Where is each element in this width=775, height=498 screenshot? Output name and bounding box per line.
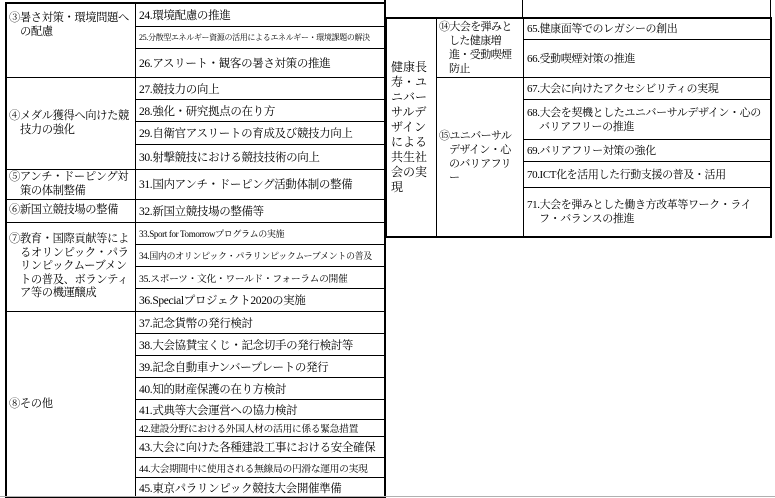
measure-item: 45.東京パラリンピック競技大会開催準備 [136, 478, 384, 497]
measure-item: 39.記念自動車ナンバープレートの発行 [136, 356, 384, 378]
category-label: ③暑さ対策・環境問題への配慮 [7, 4, 135, 40]
right-measures-table: 健康長寿・ユニバーサルデザインによる共生社会の実現 ⑭大会を弾みとした健康増進・… [385, 17, 772, 238]
measure-item: 30.射撃競技における競技技術の向上 [136, 145, 384, 169]
items-column: 37.記念貨幣の発行検討38.大会協賛宝くじ・記念切手の発行検討等39.記念自動… [136, 312, 384, 497]
measure-item: 32.新国立競技場の整備等 [136, 200, 384, 222]
measure-item-label: 30.射撃競技における競技技術の向上 [139, 149, 320, 165]
measure-item: 34.国内のオリンピック・パラリンピックムーブメントの普及 [136, 245, 384, 267]
measure-item-label: 43.大会に向けた各種建設工事における安全確保 [139, 439, 375, 455]
category-cell: ⑧その他 [7, 312, 136, 497]
category-cell: ⑮ユニバーサルデザイン・心のバリアフリー [437, 78, 524, 236]
measure-item-label: 33.Sport for Tomorrowプログラムの実施 [139, 227, 284, 240]
measures-table-page: ③暑さ対策・環境問題への配慮24.環境配慮の推進25.分散型エネルギー資源の活用… [0, 0, 775, 498]
measure-item-label: 44.大会期間中に使用される無線局の円滑な運用の実現 [139, 461, 367, 475]
measure-item-label: 40.知的財産保護の在り方検討 [139, 381, 286, 397]
measure-group: ⑤アンチ・ドーピング対策の体制整備31.国内アンチ・ドーピング活動体制の整備 [7, 170, 384, 200]
measure-item: 65.健康面等でのレガシーの創出 [524, 19, 770, 40]
left-measures-table: ③暑さ対策・環境問題への配慮24.環境配慮の推進25.分散型エネルギー資源の活用… [5, 2, 386, 498]
measure-item-label: 71.大会を弾みとした働き方改革等ワーク・ライフ・バランスの推進 [527, 198, 768, 226]
category-cell: ⑥新国立競技場の整備 [7, 200, 136, 222]
measure-item-label: 37.記念貨幣の発行検討 [139, 315, 253, 331]
measure-item: 41.式典等大会運営への協力検討 [136, 400, 384, 420]
measure-item-label: 69.バリアフリー対策の強化 [527, 144, 656, 158]
measure-item-label: 41.式典等大会運営への協力検討 [139, 402, 297, 418]
category-cell: ④メダル獲得へ向けた競技力の強化 [7, 78, 136, 169]
measure-item-label: 70.ICT化を活用した行動支援の普及・活用 [527, 168, 726, 182]
measure-item-label: 29.自衛官アスリートの育成及び競技力向上 [139, 125, 353, 141]
measure-item-label: 67.大会に向けたアクセシビリティの実現 [527, 82, 718, 96]
page-bottom-edge [0, 496, 775, 497]
measure-item: 28.強化・研究拠点の在り方 [136, 100, 384, 122]
measure-item: 71.大会を弾みとした働き方改革等ワーク・ライフ・バランスの推進 [524, 188, 770, 236]
measure-group: ④メダル獲得へ向けた競技力の強化27.競技力の向上28.強化・研究拠点の在り方2… [7, 78, 384, 170]
measure-item: 70.ICT化を活用した行動支援の普及・活用 [524, 162, 770, 188]
measure-item: 68.大会を契機としたユニバーサルデザイン・心のバリアフリーの推進 [524, 100, 770, 140]
right-groups-column: ⑭大会を弾みとした健康増進・受動喫煙防止65.健康面等でのレガシーの創出66.受… [437, 19, 770, 236]
measure-group: ③暑さ対策・環境問題への配慮24.環境配慮の推進25.分散型エネルギー資源の活用… [7, 4, 384, 78]
measure-item-label: 26.アスリート・観客の暑さ対策の推進 [139, 55, 330, 71]
cropped-cell-border [522, 0, 523, 17]
measure-item-label: 34.国内のオリンピック・パラリンピックムーブメントの普及 [139, 249, 372, 262]
measure-item: 35.スポーツ・文化・ワールド・フォーラムの開催 [136, 267, 384, 289]
items-column: 24.環境配慮の推進25.分散型エネルギー資源の活用によるエネルギー・環境課題の… [136, 4, 384, 77]
measure-item-label: 25.分散型エネルギー資源の活用によるエネルギー・環境課題の解決 [139, 32, 370, 43]
measure-item: 43.大会に向けた各種建設工事における安全確保 [136, 437, 384, 458]
measure-item: 29.自衛官アスリートの育成及び競技力向上 [136, 122, 384, 145]
category-cell: ⑦教育・国際貢献等によるオリンピック・パラリンピックムーブメントの普及、ボランテ… [7, 223, 136, 311]
measure-item: 25.分散型エネルギー資源の活用によるエネルギー・環境課題の解決 [136, 27, 384, 49]
measure-item: 67.大会に向けたアクセシビリティの実現 [524, 78, 770, 100]
measure-item-label: 42.建設分野における外国人材の活用に係る緊急措置 [139, 421, 358, 435]
items-column: 27.競技力の向上28.強化・研究拠点の在り方29.自衛官アスリートの育成及び競… [136, 78, 384, 169]
measure-item-label: 35.スポーツ・文化・ワールド・フォーラムの開催 [139, 271, 347, 285]
measure-item-label: 38.大会協賛宝くじ・記念切手の発行検討等 [139, 337, 353, 353]
theme-label: 健康長寿・ユニバーサルデザインによる共生社会の実現 [387, 60, 436, 195]
measure-item-label: 65.健康面等でのレガシーの創出 [527, 22, 677, 36]
measure-item-label: 66.受動喫煙対策の推進 [527, 52, 635, 66]
measure-item-label: 27.競技力の向上 [139, 81, 219, 97]
measure-group: ⑦教育・国際貢献等によるオリンピック・パラリンピックムーブメントの普及、ボランテ… [7, 223, 384, 312]
cropped-cell-border [770, 0, 771, 17]
measure-item-label: 28.強化・研究拠点の在り方 [139, 103, 275, 119]
items-column: 33.Sport for Tomorrowプログラムの実施34.国内のオリンピッ… [136, 223, 384, 311]
category-cell: ⑭大会を弾みとした健康増進・受動喫煙防止 [437, 19, 524, 77]
measure-item-label: 36.Specialプロジェクト2020の実施 [139, 292, 305, 308]
category-cell: ③暑さ対策・環境問題への配慮 [7, 4, 136, 77]
category-label: ⑤アンチ・ドーピング対策の体制整備 [7, 170, 135, 199]
measure-group: ⑧その他37.記念貨幣の発行検討38.大会協賛宝くじ・記念切手の発行検討等39.… [7, 312, 384, 497]
measure-item-label: 24.環境配慮の推進 [139, 7, 230, 23]
measure-item: 42.建設分野における外国人材の活用に係る緊急措置 [136, 420, 384, 437]
measure-item: 40.知的財産保護の在り方検討 [136, 378, 384, 400]
category-label: ⑦教育・国際貢献等によるオリンピック・パラリンピックムーブメントの普及、ボランテ… [7, 232, 135, 302]
measure-item: 37.記念貨幣の発行検討 [136, 312, 384, 334]
measure-item-label: 31.国内アンチ・ドーピング活動体制の整備 [139, 176, 352, 192]
measure-item: 31.国内アンチ・ドーピング活動体制の整備 [136, 170, 384, 197]
measure-item: 69.バリアフリー対策の強化 [524, 140, 770, 162]
measure-item-label: 68.大会を契機としたユニバーサルデザイン・心のバリアフリーの推進 [527, 106, 768, 134]
items-column: 31.国内アンチ・ドーピング活動体制の整備 [136, 170, 384, 199]
theme-cell: 健康長寿・ユニバーサルデザインによる共生社会の実現 [387, 19, 437, 236]
measure-group: ⑥新国立競技場の整備32.新国立競技場の整備等 [7, 200, 384, 223]
measure-item: 24.環境配慮の推進 [136, 4, 384, 27]
measure-item-label: 39.記念自動車ナンバープレートの発行 [139, 359, 328, 375]
category-label: ⑧その他 [7, 397, 55, 413]
measure-item-label: 32.新国立競技場の整備等 [139, 203, 264, 219]
category-label: ⑮ユニバーサルデザイン・心のバリアフリー [437, 128, 523, 186]
category-label: ⑥新国立競技場の整備 [7, 203, 120, 219]
measure-item: 44.大会期間中に使用される無線局の円滑な運用の実現 [136, 458, 384, 478]
measure-item: 36.Specialプロジェクト2020の実施 [136, 289, 384, 311]
category-label: ④メダル獲得へ向けた競技力の強化 [7, 109, 135, 138]
measure-item: 27.競技力の向上 [136, 78, 384, 100]
measure-item: 33.Sport for Tomorrowプログラムの実施 [136, 223, 384, 245]
measure-group: ⑭大会を弾みとした健康増進・受動喫煙防止65.健康面等でのレガシーの創出66.受… [437, 19, 770, 78]
measure-item: 38.大会協賛宝くじ・記念切手の発行検討等 [136, 334, 384, 356]
items-column: 65.健康面等でのレガシーの創出66.受動喫煙対策の推進 [524, 19, 770, 77]
measure-item: 26.アスリート・観客の暑さ対策の推進 [136, 49, 384, 77]
category-label: ⑭大会を弾みとした健康増進・受動喫煙防止 [437, 19, 523, 77]
measure-item: 66.受動喫煙対策の推進 [524, 40, 770, 77]
measure-group: ⑮ユニバーサルデザイン・心のバリアフリー67.大会に向けたアクセシビリティの実現… [437, 78, 770, 236]
items-column: 32.新国立競技場の整備等 [136, 200, 384, 222]
category-cell: ⑤アンチ・ドーピング対策の体制整備 [7, 170, 136, 199]
items-column: 67.大会に向けたアクセシビリティの実現68.大会を契機としたユニバーサルデザイ… [524, 78, 770, 236]
measure-item-label: 45.東京パラリンピック競技大会開催準備 [139, 480, 341, 496]
